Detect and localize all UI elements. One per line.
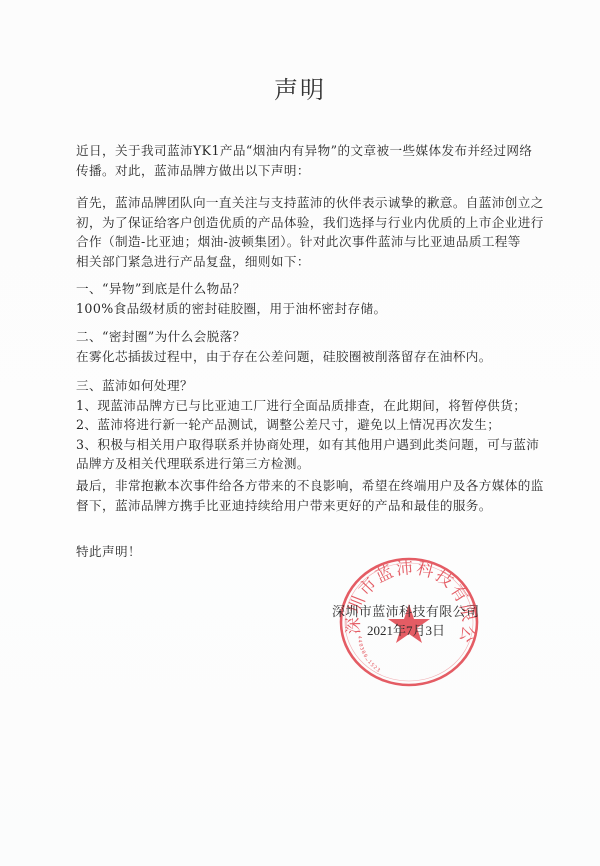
text-line: 100%食品级材质的密封硅胶圈，用于油杯密封存储。 <box>76 299 532 319</box>
signature-company: 深圳市蓝沛科技有限公司 <box>332 601 479 620</box>
text-line: 相关部门紧急进行产品复盘，细则如下： <box>76 252 532 272</box>
text-line: 二、“密封圈”为什么会脱落？ <box>76 327 532 347</box>
text-line: 合作（制造-比亚迪；烟油-波顿集团）。针对此次事件蓝沛与比亚迪品质工程等 <box>76 232 532 252</box>
document-title: 声明 <box>0 70 600 105</box>
text-line: 三、蓝沛如何处理？ <box>76 376 532 396</box>
text-line: 品牌方及相关代理联系进行第三方检测。 <box>76 454 532 474</box>
text-line: 首先，蓝沛品牌团队向一直关注与支持蓝沛的伙伴表示诚挚的歉意。自蓝沛创立之 <box>76 193 532 213</box>
paragraph-intro: 近日，关于我司蓝沛YK1产品“烟油内有异物”的文章被一些媒体发布并经过网络传播。… <box>76 141 532 180</box>
text-line: 在雾化芯插拔过程中，由于存在公差问题，硅胶圈被削落留存在油杯内。 <box>76 347 532 367</box>
paragraph-apology: 首先，蓝沛品牌团队向一直关注与支持蓝沛的伙伴表示诚挚的歉意。自蓝沛创立之初，为了… <box>76 193 532 271</box>
text-line: 近日，关于我司蓝沛YK1产品“烟油内有异物”的文章被一些媒体发布并经过网络 <box>76 141 532 161</box>
text-line: 2、蓝沛将进行新一轮产品测试，调整公差尺寸，避免以上情况再次发生； <box>76 415 532 435</box>
paragraph-q2: 二、“密封圈”为什么会脱落？在雾化芯插拔过程中，由于存在公差问题，硅胶圈被削落留… <box>76 327 532 366</box>
text-line: 初，为了保证给客户创造优质的产品体验，我们选择与行业内优质的上市企业进行 <box>76 213 532 233</box>
paragraph-q1: 一、“异物”到底是什么物品？100%食品级材质的密封硅胶圈，用于油杯密封存储。 <box>76 279 532 318</box>
text-line: 最后，非常抱歉本次事件给各方带来的不良影响，希望在终端用户及各方媒体的监 <box>76 476 532 496</box>
text-line: 3、积极与相关用户取得联系并协商处理，如有其他用户遇到此类问题，可与蓝沛 <box>76 435 532 455</box>
text-line: 传播。对此，蓝沛品牌方做出以下声明： <box>76 161 532 181</box>
text-line: 督下，蓝沛品牌方携手比亚迪持续给用户带来更好的产品和最佳的服务。 <box>76 496 532 516</box>
signature-date: 2021年7月3日 <box>367 620 445 639</box>
svg-text:440300…1523: 440300…1523 <box>356 636 382 675</box>
text-line: 1、现蓝沛品牌方已与比亚迪工厂进行全面品质排查，在此期间，将暂停供货； <box>76 396 532 416</box>
paragraph-closing: 最后，非常抱歉本次事件给各方带来的不良影响，希望在终端用户及各方媒体的监督下，蓝… <box>76 476 532 515</box>
text-line: 一、“异物”到底是什么物品？ <box>76 279 532 299</box>
stamp-serial: 440300…1523 <box>356 636 382 675</box>
paragraph-q3: 三、蓝沛如何处理？1、现蓝沛品牌方已与比亚迪工厂进行全面品质排查，在此期间，将暂… <box>76 376 532 474</box>
document-page: 声明 近日，关于我司蓝沛YK1产品“烟油内有异物”的文章被一些媒体发布并经过网络… <box>0 0 600 866</box>
